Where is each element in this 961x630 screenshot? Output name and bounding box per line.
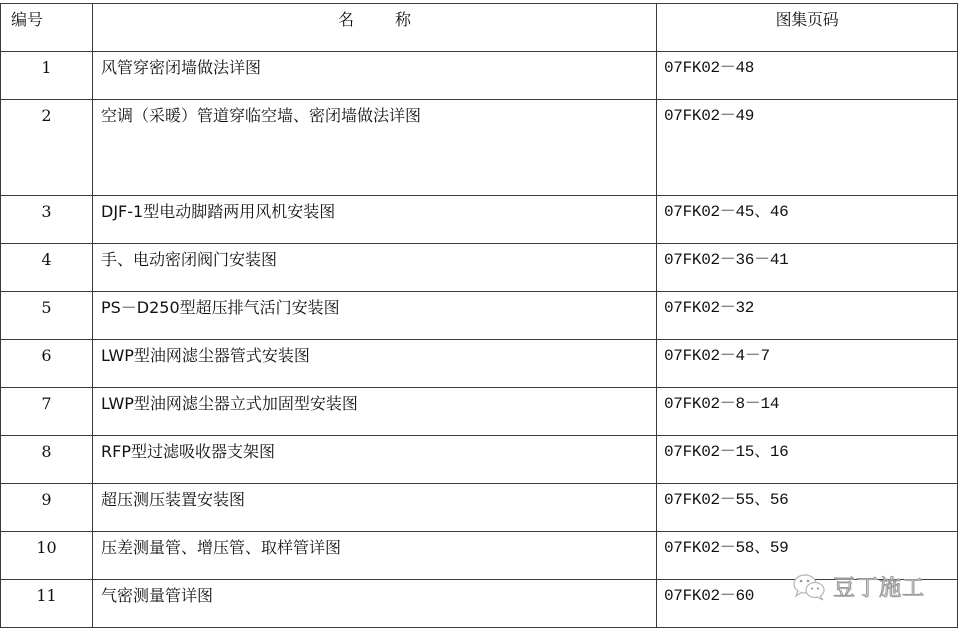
row-name: 压差测量管、增压管、取样管详图 [93, 532, 657, 580]
row-atlas-code: 07FK02－55、56 [657, 484, 958, 532]
row-number: 8 [1, 436, 93, 484]
row-number: 9 [1, 484, 93, 532]
row-name: 手、电动密闭阀门安装图 [93, 244, 657, 292]
row-atlas-code: 07FK02－4－7 [657, 340, 958, 388]
table-row: 3 DJF-1型电动脚踏两用风机安装图 07FK02－45、46 [1, 196, 958, 244]
header-name: 名 称 [93, 4, 657, 52]
row-name: RFP型过滤吸收器支架图 [93, 436, 657, 484]
table-header-row: 编号 名 称 图集页码 [1, 4, 958, 52]
row-number: 1 [1, 52, 93, 100]
row-number: 10 [1, 532, 93, 580]
header-number: 编号 [1, 4, 93, 52]
row-atlas-code: 07FK02－48 [657, 52, 958, 100]
header-name-label: 名 称 [338, 10, 411, 30]
row-atlas-code: 07FK02－8－14 [657, 388, 958, 436]
table-row: 5 PS－D250型超压排气活门安装图 07FK02－32 [1, 292, 958, 340]
row-atlas-code: 07FK02－15、16 [657, 436, 958, 484]
table-row: 4 手、电动密闭阀门安装图 07FK02－36－41 [1, 244, 958, 292]
table-row: 6 LWP型油网滤尘器管式安装图 07FK02－4－7 [1, 340, 958, 388]
header-atlas-page: 图集页码 [657, 4, 958, 52]
row-number: 3 [1, 196, 93, 244]
table-row: 2 空调（采暖）管道穿临空墙、密闭墙做法详图 07FK02－49 [1, 100, 958, 196]
row-number: 6 [1, 340, 93, 388]
row-atlas-code: 07FK02－60 [657, 580, 958, 628]
row-atlas-code: 07FK02－58、59 [657, 532, 958, 580]
table-row: 10 压差测量管、增压管、取样管详图 07FK02－58、59 [1, 532, 958, 580]
table-row: 8 RFP型过滤吸收器支架图 07FK02－15、16 [1, 436, 958, 484]
row-number: 5 [1, 292, 93, 340]
row-name: 风管穿密闭墙做法详图 [93, 52, 657, 100]
table-row: 7 LWP型油网滤尘器立式加固型安装图 07FK02－8－14 [1, 388, 958, 436]
row-name: DJF-1型电动脚踏两用风机安装图 [93, 196, 657, 244]
row-number: 2 [1, 100, 93, 196]
row-atlas-code: 07FK02－32 [657, 292, 958, 340]
row-name: LWP型油网滤尘器管式安装图 [93, 340, 657, 388]
row-name: 超压测压装置安装图 [93, 484, 657, 532]
row-atlas-code: 07FK02－36－41 [657, 244, 958, 292]
row-number: 4 [1, 244, 93, 292]
table-row: 11 气密测量管详图 07FK02－60 [1, 580, 958, 628]
row-atlas-code: 07FK02－49 [657, 100, 958, 196]
atlas-reference-table: 编号 名 称 图集页码 1 风管穿密闭墙做法详图 07FK02－48 2 空调（… [0, 3, 958, 628]
row-number: 11 [1, 580, 93, 628]
row-name: 气密测量管详图 [93, 580, 657, 628]
row-name: 空调（采暖）管道穿临空墙、密闭墙做法详图 [93, 100, 657, 196]
row-number: 7 [1, 388, 93, 436]
table-row: 1 风管穿密闭墙做法详图 07FK02－48 [1, 52, 958, 100]
row-name: LWP型油网滤尘器立式加固型安装图 [93, 388, 657, 436]
row-name: PS－D250型超压排气活门安装图 [93, 292, 657, 340]
row-atlas-code: 07FK02－45、46 [657, 196, 958, 244]
table-row: 9 超压测压装置安装图 07FK02－55、56 [1, 484, 958, 532]
